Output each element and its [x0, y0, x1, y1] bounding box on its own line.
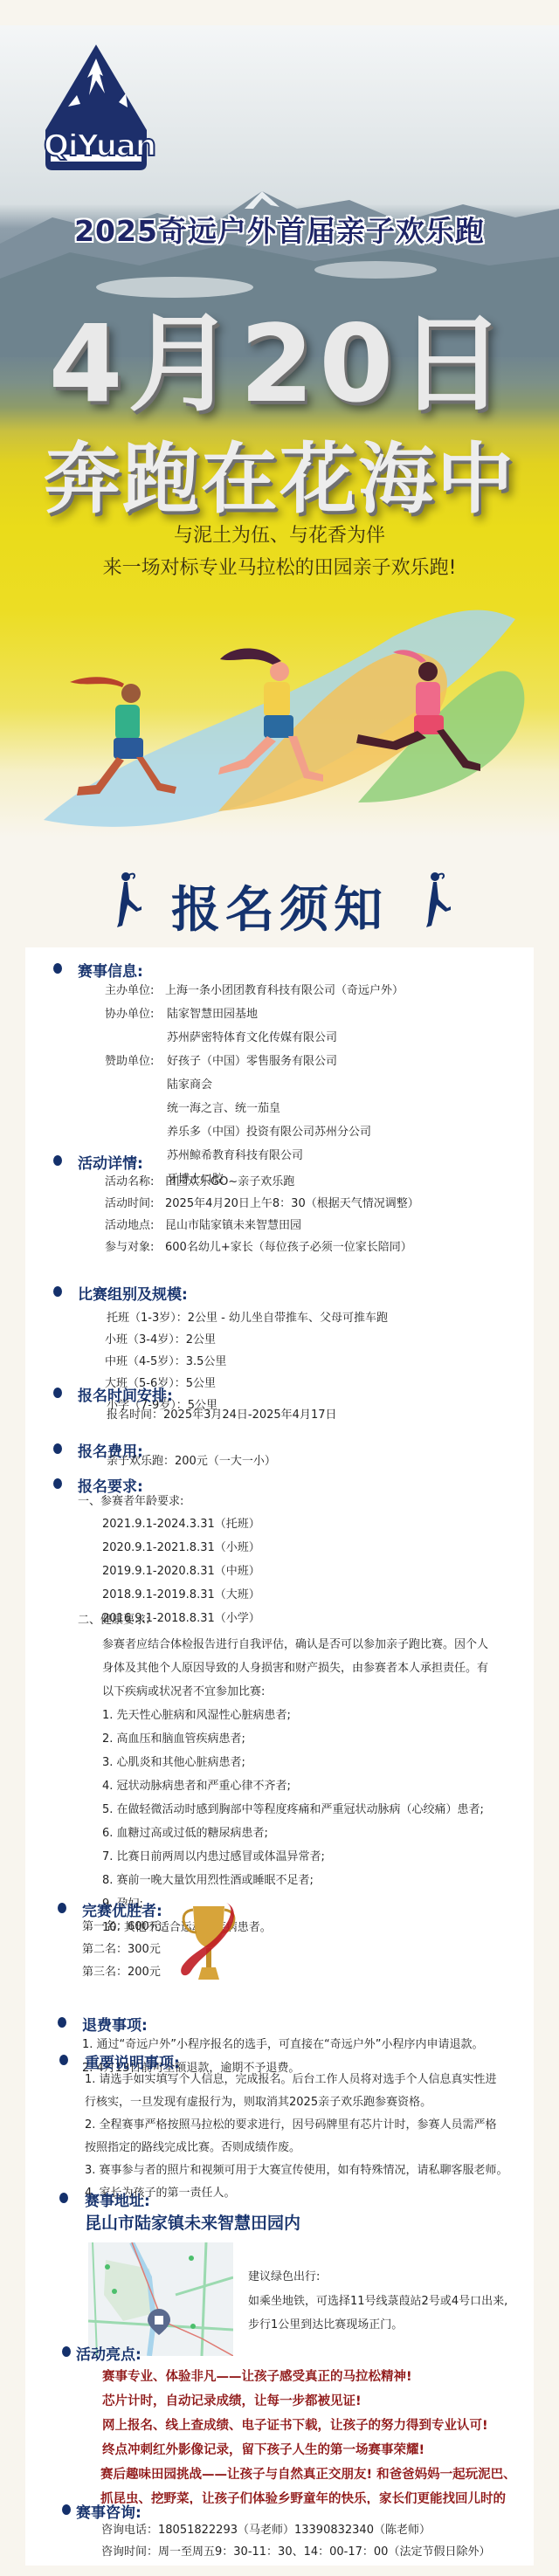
section-heading-prizes: 完赛优胜者:	[82, 1898, 162, 1920]
detail-label: 活动时间:	[105, 1197, 154, 1211]
condition-item: 5. 在做轻微活动时感到胸部中等程度疼痛和严重冠状动脉病（心绞痛）患者;	[102, 1803, 484, 1817]
detail-value: 昆山市陆家镇未来智慧田园	[165, 1219, 301, 1233]
important-row: 3. 赛事参与者的照片和视频可用于大赛宣传使用，如有特殊情况，请私聊客服老师。	[85, 2164, 508, 2178]
sponsor-value: 好孩子（中国）零售服务有限公司	[167, 1055, 337, 1069]
transit-line-2: 步行1公里到达比赛现场正门。	[248, 2318, 403, 2332]
contact-phone[interactable]: 咨询电话：18051822293（马老师）13390832340（陈老师）	[101, 2524, 431, 2538]
transit-line-1: 如乘坐地铁，可选择11号线菉葭站2号或4号口出来,	[248, 2295, 507, 2309]
health-paragraph: 参赛者应结合体检报告进行自我评估，确认是否可以参加亲子跑比赛。因个人	[102, 1638, 488, 1652]
section-heading-highlights: 活动亮点:	[76, 2342, 141, 2364]
bullet-dot	[53, 1155, 62, 1166]
bullet-dot	[53, 1478, 62, 1489]
sponsor-label: 赞助单位:	[105, 1055, 154, 1069]
map-pin-icon	[148, 2309, 170, 2335]
tagline-line-1: 与泥土为伍、与花香为伴	[0, 520, 559, 548]
health-requirement-title: 二、健康要求:	[78, 1614, 149, 1628]
section-heading-requirements: 报名要求:	[78, 1474, 143, 1496]
section-heading-important: 重要说明事项:	[85, 2050, 180, 2072]
detail-value: 2025年4月20日上午8：30（根据天气情况调整）	[165, 1197, 419, 1211]
logo-text: QiYuan	[44, 128, 148, 163]
important-row: 行核实，一旦发现有虚报行为，则取消其2025亲子欢乐跑参赛资格。	[85, 2096, 431, 2110]
group-row: 小班（3-4岁）：2公里	[105, 1333, 216, 1347]
co-organizer-label: 协办单位:	[105, 1008, 154, 1022]
registration-details-card: 赛事信息: 主办单位: 上海一条小团团教育科技有限公司（奇远户外） 协办单位: …	[25, 947, 534, 2563]
condition-item: 6. 血糖过高或过低的糖尿病患者;	[102, 1827, 268, 1841]
section-heading-event-info: 赛事信息:	[78, 959, 143, 981]
sponsor-value: 统一海之言、统一茄皇	[167, 1102, 280, 1116]
age-range: 2019.9.1-2020.8.31（中班）	[102, 1565, 260, 1579]
event-slogan-headline: 奔跑在花海中	[0, 436, 559, 523]
bullet-dot	[53, 1443, 62, 1454]
top-strip	[0, 0, 559, 25]
bullet-dot	[62, 2346, 71, 2357]
location-map[interactable]	[88, 2242, 233, 2356]
condition-item: 1. 先天性心脏病和风湿性心脏病患者;	[102, 1709, 291, 1723]
bullet-dot	[62, 2504, 71, 2515]
bullet-dot	[53, 963, 62, 974]
highlight-row: 终点冲刺红外影像记录，留下孩子人生的第一场赛事荣耀!	[102, 2442, 424, 2458]
prize-row: 第一名：600元	[82, 1920, 161, 1934]
bullet-dot	[53, 1286, 62, 1297]
section-heading-contact: 赛事咨询:	[76, 2500, 141, 2522]
fee-text: 亲子欢乐跑：200元（一大一小）	[107, 1455, 276, 1469]
qiyuan-logo: QiYuan	[42, 41, 150, 172]
detail-label: 参与对象:	[105, 1241, 154, 1255]
registration-notice-title: 报名须知	[0, 871, 559, 941]
highlight-row: 赛事专业、体验非凡——让孩子感受真正的马拉松精神!	[102, 2369, 412, 2385]
registration-notice-header: 报名须知	[0, 864, 559, 939]
detail-value: 田园欢乐GO~亲子欢乐跑	[165, 1175, 294, 1189]
runners-illustration	[26, 584, 542, 837]
bullet-dot-important	[59, 2055, 68, 2065]
health-paragraph: 以下疾病或状况者不宜参加比赛:	[102, 1685, 265, 1699]
hero-poster: QiYuan 2025奇远户外首届亲子欢乐跑 4月20日 奔跑在花海中 与泥土为…	[0, 25, 559, 837]
section-heading-schedule: 报名时间安排:	[78, 1383, 173, 1405]
sponsor-value: 养乐多（中国）投资有限公司苏州分公司	[167, 1126, 371, 1140]
section-heading-groups: 比赛组别及规模:	[78, 1282, 188, 1304]
contact-section: 赛事咨询: 咨询电话：18051822293（马老师）13390832340（陈…	[25, 2504, 534, 2566]
event-date-headline: 4月20日	[0, 303, 559, 425]
age-range: 2020.9.1-2021.8.31（小班）	[102, 1541, 260, 1555]
section-heading-refund: 退费事项:	[82, 2013, 148, 2035]
co-organizer-value: 陆家智慧田园基地	[167, 1008, 258, 1022]
running-girl-icon	[418, 870, 452, 931]
host-value: 上海一条小团团教育科技有限公司（奇远户外）	[165, 984, 404, 998]
tagline-line-2: 来一场对标专业马拉松的田园亲子欢乐跑!	[0, 553, 559, 580]
schedule-text: 报名时间：2025年3月24日-2025年4月17日	[107, 1409, 337, 1422]
prize-row: 第三名：200元	[82, 1966, 161, 1980]
sponsor-value: 苏州鲸希教育科技有限公司	[167, 1149, 303, 1163]
contact-hours: 咨询时间：周一至周五9：30-11：30、14：00-17：00（法定节假日除外…	[101, 2545, 490, 2559]
sponsor-value: 陆家商会	[167, 1078, 212, 1092]
bullet-dot	[58, 1903, 66, 1913]
age-range: 2018.9.1-2019.8.31（大班）	[102, 1588, 260, 1602]
condition-item: 7. 比赛日前两周以内患过感冒或体温异常者;	[102, 1850, 325, 1864]
detail-label: 活动名称:	[105, 1175, 154, 1189]
detail-value: 600名幼儿+家长（每位孩子必须一位家长陪同）	[165, 1241, 412, 1255]
prize-row: 第二名：300元	[82, 1943, 161, 1957]
important-row: 2. 全程赛事严格按照马拉松的要求进行，因号码牌里有芯片计时，参赛人员需严格	[85, 2118, 497, 2132]
group-row: 托班（1-3岁）：2公里 - 幼儿坐自带推车、父母可推车跑	[107, 1312, 388, 1326]
important-row: 1. 请选手如实填写个人信息，完成报名。后台工作人员将对选手个人信息真实性进	[85, 2073, 497, 2087]
event-address: 昆山市陆家镇未来智慧田园内	[85, 2210, 300, 2234]
group-row: 中班（4-5岁）：3.5公里	[105, 1355, 226, 1369]
condition-item: 3. 心肌炎和其他心脏病患者;	[102, 1756, 245, 1770]
condition-item: 8. 赛前一晚大量饮用烈性酒或睡眠不足者;	[102, 1874, 314, 1888]
co-organizer-value: 苏州萨密特体育文化传媒有限公司	[167, 1031, 337, 1045]
highlight-row: 芯片计时，自动记录成绩，让每一步都被见证!	[102, 2393, 362, 2409]
map-graphic	[88, 2242, 233, 2356]
event-subtitle: 2025奇远户外首届亲子欢乐跑	[0, 209, 559, 250]
section-heading-address: 赛事地址:	[85, 2188, 150, 2210]
age-range: 2021.9.1-2024.3.31（托班）	[102, 1518, 260, 1532]
section-heading-details: 活动详情:	[78, 1151, 143, 1173]
health-paragraph: 身体及其他个人原因导致的人身损害和财产损失，由参赛者本人承担责任。有	[102, 1662, 488, 1676]
host-label: 主办单位:	[105, 984, 154, 998]
trophy-icon	[174, 1899, 239, 1987]
condition-item: 2. 高血压和脑血管疾病患者;	[102, 1732, 245, 1746]
highlight-row: 赛后趣味田园挑战——让孩子与自然真正交朋友! 和爸爸妈妈一起玩泥巴、	[100, 2467, 516, 2483]
bullet-dot	[59, 2193, 68, 2203]
bullet-dot	[53, 1388, 62, 1398]
bullet-dot	[58, 2017, 66, 2028]
important-row: 按照指定的路线完成比赛。否则成绩作废。	[85, 2141, 300, 2155]
transit-title: 建议绿色出行:	[248, 2270, 320, 2284]
age-requirement-title: 一、参赛者年龄要求:	[78, 1495, 183, 1509]
highlight-row: 网上报名、线上查成绩、电子证书下载，让孩子的努力得到专业认可!	[102, 2418, 488, 2434]
detail-label: 活动地点:	[105, 1219, 154, 1233]
condition-item: 4. 冠状动脉病患者和严重心律不齐者;	[102, 1780, 291, 1794]
